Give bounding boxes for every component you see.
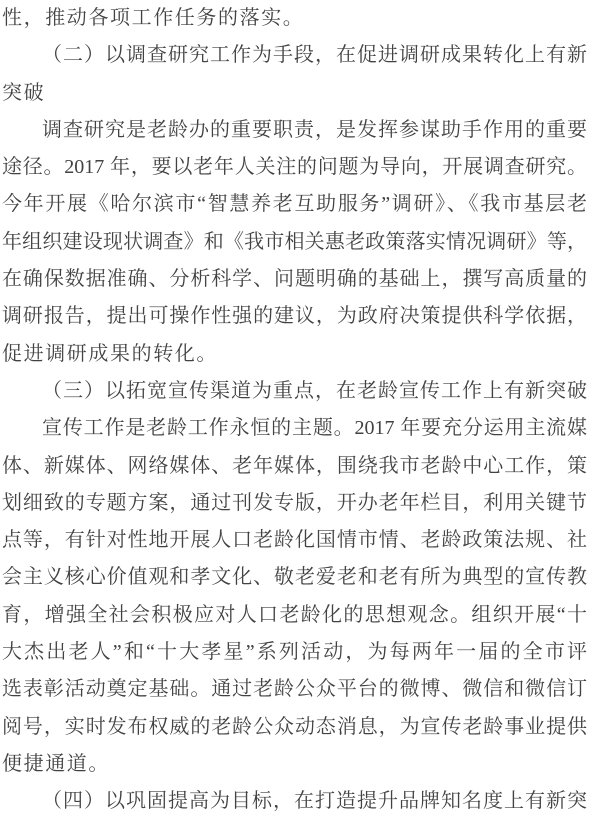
document-body: 性，推动各项工作任务的落实。（二）以调查研究工作为手段，在促进调研成果转化上有新…: [2, 0, 587, 821]
document-line: 在确保数据准确、分析科学、问题明确的基础上，撰写高质量的: [2, 261, 587, 298]
document-line: 调研报告，提出可操作性强的建议，为政府决策提供科学依据，: [2, 298, 587, 335]
document-line: 便捷通道。: [2, 746, 587, 783]
document-line: （四）以巩固提高为目标，在打造提升品牌知名度上有新突: [2, 783, 587, 820]
document-line: 性，推动各项工作任务的落实。: [2, 0, 587, 37]
document-line: （二）以调查研究工作为手段，在促进调研成果转化上有新: [2, 37, 587, 74]
document-page: 性，推动各项工作任务的落实。（二）以调查研究工作为手段，在促进调研成果转化上有新…: [0, 0, 590, 821]
document-line: 调查研究是老龄办的重要职责，是发挥参谋助手作用的重要: [2, 112, 587, 149]
document-line: 划细致的专题方案，通过刊发专版，开办老年栏目，利用关键节: [2, 485, 587, 522]
document-line: 促进调研成果的转化。: [2, 336, 587, 373]
document-line: 体、新媒体、网络媒体、老年媒体，围绕我市老龄中心工作，策: [2, 448, 587, 485]
document-line: 点等，有针对性地开展人口老龄化国情市情、老龄政策法规、社: [2, 522, 587, 559]
document-line: 育，增强全社会积极应对人口老龄化的思想观念。组织开展“十: [2, 597, 587, 634]
document-line: 阅号，实时发布权威的老龄公众动态消息，为宣传老龄事业提供: [2, 709, 587, 746]
document-line: 宣传工作是老龄工作永恒的主题。2017 年要充分运用主流媒: [2, 410, 587, 447]
document-line: 今年开展《哈尔滨市“智慧养老互助服务”调研》、《我市基层老: [2, 186, 587, 223]
document-line: 年组织建设现状调查》和《我市相关惠老政策落实情况调研》等，: [2, 224, 587, 261]
document-line: 会主义核心价值观和孝文化、敬老爱老和老有所为典型的宣传教: [2, 559, 587, 596]
document-line: 选表彰活动奠定基础。通过老龄公众平台的微博、微信和微信订: [2, 671, 587, 708]
document-line: 途径。2017 年，要以老年人关注的问题为导向，开展调查研究。: [2, 149, 587, 186]
document-line: 大杰出老人”和“十大孝星”系列活动，为每两年一届的全市评: [2, 634, 587, 671]
document-line: （三）以拓宽宣传渠道为重点，在老龄宣传工作上有新突破: [2, 373, 587, 410]
document-line: 突破: [2, 75, 587, 112]
